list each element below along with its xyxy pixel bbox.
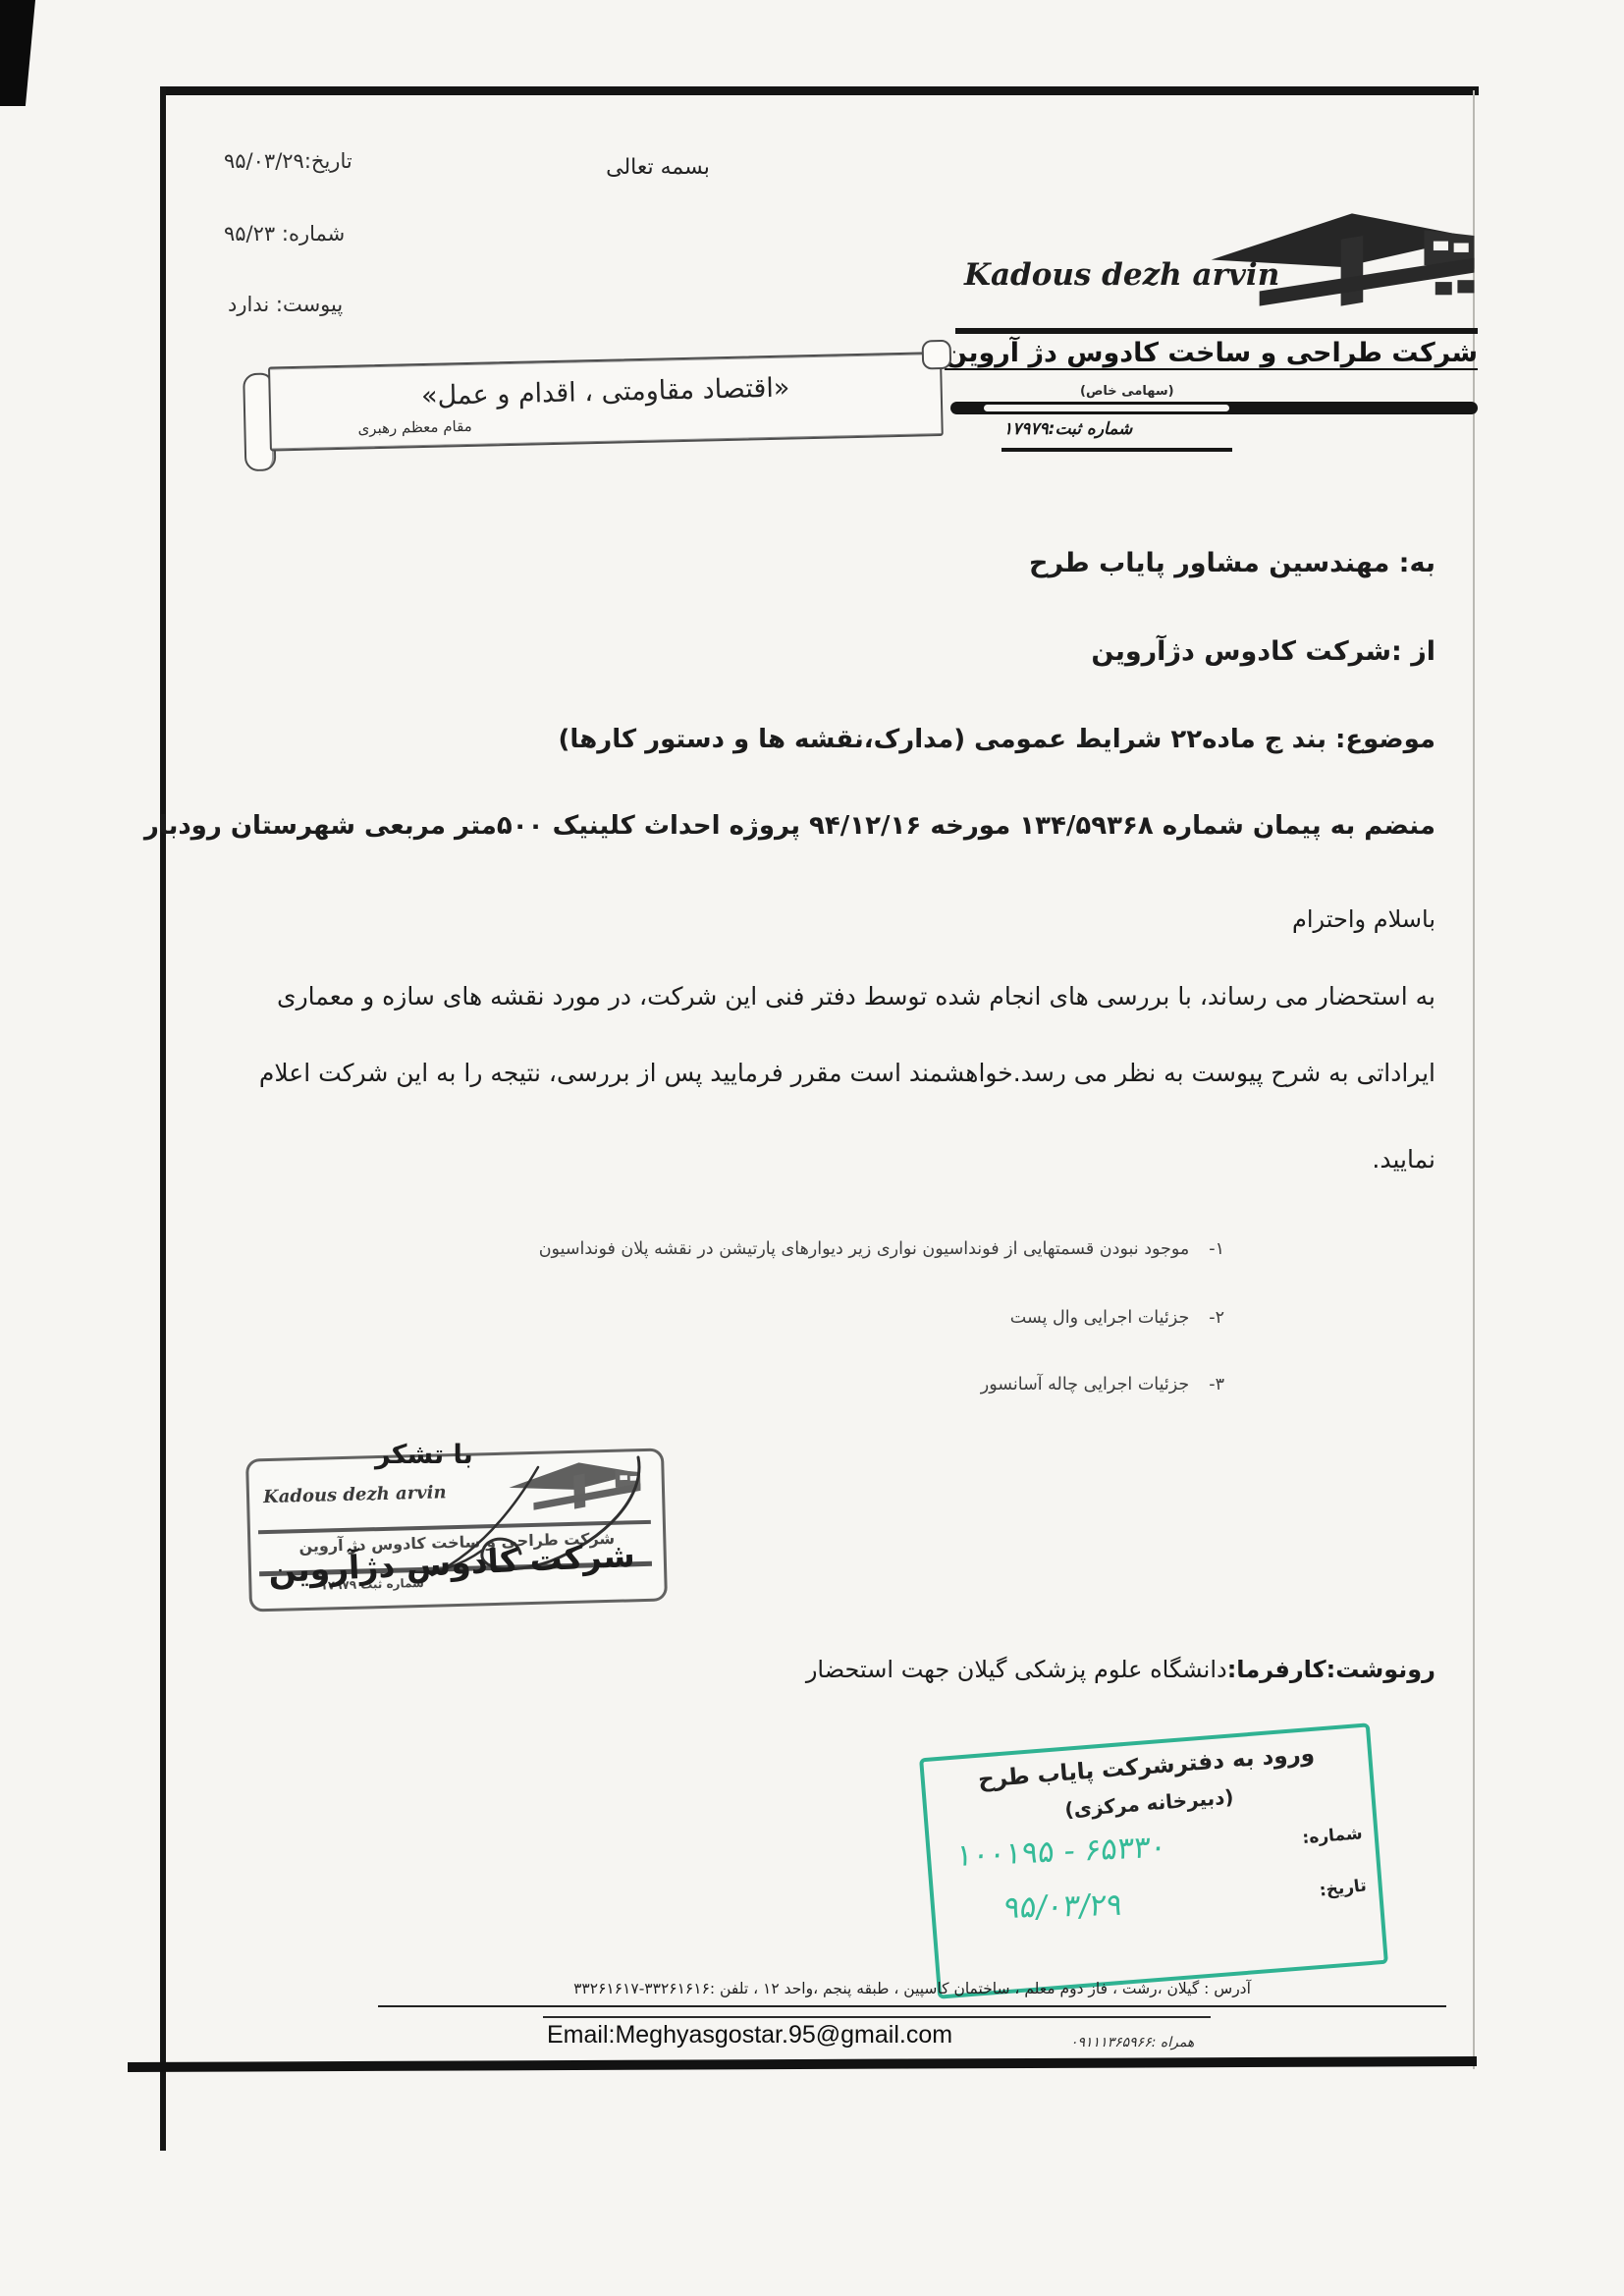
- registration-underline: [1001, 448, 1232, 452]
- footer-mobile: همراه :۰۹۱۱۱۳۶۵۹۶۶: [1070, 2035, 1194, 2050]
- footer-email: Email:Meghyasgostar.95@gmail.com: [547, 2021, 952, 2050]
- sender-line: از :شرکت کادوس دژآروین: [1091, 636, 1435, 667]
- entry-stamp-number-label: شماره:: [1302, 1824, 1364, 1848]
- entry-stamp: ورود به دفترشرکت پایاب طرح (دبیرخانه مرک…: [919, 1722, 1388, 1998]
- cc-text: دانشگاه علوم پزشکی گیلان جهت استحضار: [806, 1656, 1227, 1683]
- bismillah: بسمه تعالی: [560, 155, 756, 180]
- company-name-fa: شرکت طراحی و ساخت کادوس دژ آروین: [955, 338, 1478, 368]
- list-item-text: جزئیات اجرایی وال پست: [1010, 1308, 1189, 1328]
- footer-rule-2: [543, 2016, 1211, 2018]
- slogan-attribution: مقام معظم رهبری: [357, 417, 472, 438]
- slogan-banner: «اقتصاد مقاومتی ، اقدام و عمل» مقام معظم…: [243, 342, 949, 470]
- list-item: ۲-جزئیات اجرایی وال پست: [1010, 1308, 1224, 1328]
- list-item-number: ۱-: [1209, 1239, 1224, 1259]
- salutation-line: باسلام واحترام: [1292, 905, 1435, 933]
- company-type: (سهامی خاص): [1080, 384, 1174, 399]
- scanned-letter-page: تاریخ:۹۵/۰۳/۲۹ شماره: ۹۵/۲۳ پیوست: ندارد…: [0, 0, 1624, 2296]
- company-name-latin: Kadous dezh arvin: [964, 257, 1279, 293]
- scan-corner-artifact: [0, 0, 35, 106]
- contract-reference-line: منضم به پیمان شماره ۱۳۴/۵۹۳۶۸ مورخه ۹۴/۱…: [144, 811, 1435, 841]
- signature-scribble: [393, 1446, 717, 1612]
- letterhead-rule-2-highlight: [984, 405, 1229, 411]
- body-line-3: نمایید.: [1372, 1145, 1435, 1174]
- letter-attachment: پیوست: ندارد: [228, 293, 343, 316]
- list-item-text: جزئیات اجرایی چاله آسانسور: [981, 1375, 1189, 1394]
- frame-border-left: [160, 86, 166, 2151]
- frame-border-bottom: [128, 2056, 1477, 2072]
- list-item-number: ۲-: [1209, 1308, 1224, 1328]
- letter-date: تاریخ:۹۵/۰۳/۲۹: [224, 149, 352, 173]
- slogan-text: «اقتصاد مقاومتی ، اقدام و عمل»: [270, 369, 941, 414]
- entry-stamp-date-value: ۹۵/۰۳/۲۹: [1001, 1887, 1124, 1926]
- footer-address: آدرس : گیلان ،رشت ، فاز دوم معلم ، ساختم…: [378, 1980, 1446, 2007]
- recipient-line: به: مهندسین مشاور پایاب طرح: [1029, 548, 1435, 578]
- scroll-band: «اقتصاد مقاومتی ، اقدام و عمل» مقام معظم…: [268, 352, 944, 452]
- frame-border-top: [160, 86, 1479, 95]
- scroll-curl-right-icon: [922, 340, 952, 370]
- list-item-text: موجود نبودن قسمتهایی از فونداسیون نواری …: [539, 1239, 1190, 1259]
- list-item-number: ۳-: [1209, 1375, 1224, 1394]
- letter-number: شماره: ۹۵/۲۳: [224, 222, 345, 246]
- entry-stamp-number-value: ۱۰۰۱۹۵ - ۶۵۳۳۰: [955, 1830, 1167, 1874]
- entry-stamp-date-label: تاریخ:: [1319, 1876, 1368, 1900]
- frame-border-right: [1473, 90, 1475, 2069]
- cc-line: رونوشت:کارفرما:دانشگاه علوم پزشکی گیلان …: [806, 1656, 1435, 1683]
- body-line-2: ایراداتی به شرح پیوست به نظر می رسد.خواه…: [259, 1059, 1435, 1087]
- body-line-1: به استحضار می رساند، با بررسی های انجام …: [277, 982, 1435, 1011]
- registration-number: شماره ثبت:۱۷۹۷۹: [1003, 419, 1132, 439]
- cc-label: رونوشت:کارفرما:: [1227, 1656, 1435, 1683]
- letterhead-rule-1: [955, 328, 1478, 334]
- list-item: ۱-موجود نبودن قسمتهایی از فونداسیون نوار…: [539, 1239, 1224, 1259]
- subject-line: موضوع: بند ج ماده۲۲ شرایط عمومی (مدارک،ن…: [559, 725, 1435, 754]
- list-item: ۳-جزئیات اجرایی چاله آسانسور: [981, 1375, 1224, 1394]
